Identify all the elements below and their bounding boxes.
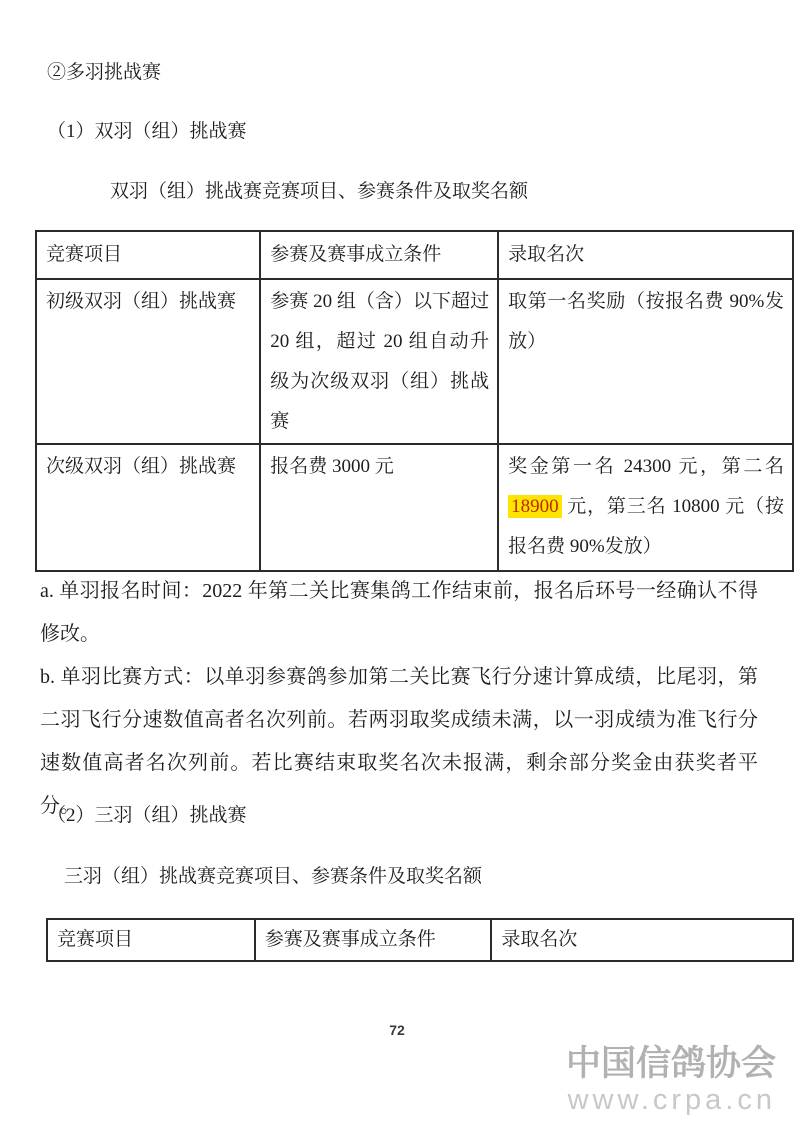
cell-award: 取第一名奖励（按报名费 90%发放） [498, 279, 793, 444]
watermark: 中国信鸽协会 www.crpa.cn [566, 1044, 776, 1115]
watermark-url: www.crpa.cn [566, 1085, 776, 1115]
cell-condition: 参赛 20 组（含）以下超过 20 组，超过 20 组自动升级为次级双羽（组）挑… [260, 279, 498, 444]
notes-block: a. 单羽报名时间：2022 年第二关比赛集鸽工作结束前，报名后环号一经确认不得… [40, 570, 758, 828]
table-header-row: 竞赛项目 参赛及赛事成立条件 录取名次 [36, 231, 793, 279]
header-cell-condition: 参赛及赛事成立条件 [255, 919, 492, 961]
header-cell-project: 竞赛项目 [36, 231, 260, 279]
award-text-prefix: 奖金第一名 24300 元，第二名 [508, 456, 784, 477]
table-2-caption: 三羽（组）挑战赛竞赛项目、参赛条件及取奖名额 [64, 861, 482, 888]
table-header-row: 竞赛项目 参赛及赛事成立条件 录取名次 [47, 919, 793, 961]
cell-project: 次级双羽（组）挑战赛 [36, 444, 260, 571]
header-cell-award: 录取名次 [498, 231, 793, 279]
watermark-title: 中国信鸽协会 [566, 1044, 776, 1084]
subsection-2-heading: （2）三羽（组）挑战赛 [47, 800, 247, 827]
cell-condition: 报名费 3000 元 [260, 444, 498, 571]
table-1-caption: 双羽（组）挑战赛竞赛项目、参赛条件及取奖名额 [110, 176, 528, 203]
section-heading: ②多羽挑战赛 [47, 57, 161, 84]
page-number: 72 [0, 1022, 794, 1038]
challenge-table-triple: 竞赛项目 参赛及赛事成立条件 录取名次 [46, 918, 794, 962]
document-page: ②多羽挑战赛 （1）双羽（组）挑战赛 双羽（组）挑战赛竞赛项目、参赛条件及取奖名… [0, 0, 794, 1123]
table-row: 次级双羽（组）挑战赛 报名费 3000 元 奖金第一名 24300 元，第二名 … [36, 444, 793, 571]
subsection-1-heading: （1）双羽（组）挑战赛 [47, 116, 247, 143]
header-cell-condition: 参赛及赛事成立条件 [260, 231, 498, 279]
header-cell-project: 竞赛项目 [47, 919, 255, 961]
cell-award: 奖金第一名 24300 元，第二名 18900 元，第三名 10800 元（按报… [498, 444, 793, 571]
highlighted-amount: 18900 [508, 495, 562, 518]
note-a: a. 单羽报名时间：2022 年第二关比赛集鸽工作结束前，报名后环号一经确认不得… [40, 570, 758, 656]
cell-project: 初级双羽（组）挑战赛 [36, 279, 260, 444]
header-cell-award: 录取名次 [491, 919, 793, 961]
challenge-table-double: 竞赛项目 参赛及赛事成立条件 录取名次 初级双羽（组）挑战赛 参赛 20 组（含… [35, 230, 794, 572]
table-row: 初级双羽（组）挑战赛 参赛 20 组（含）以下超过 20 组，超过 20 组自动… [36, 279, 793, 444]
